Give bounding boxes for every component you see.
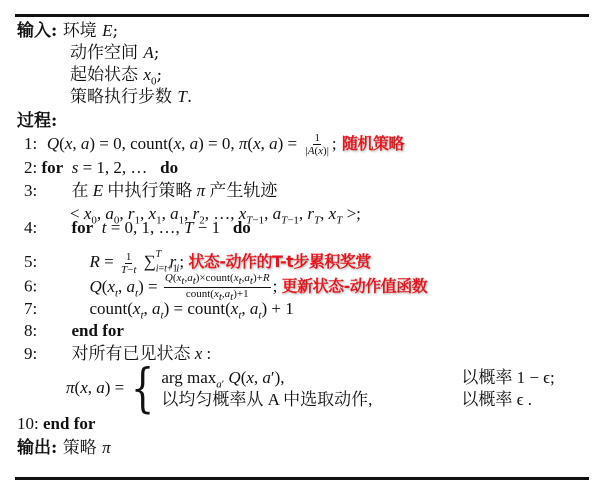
step-3: 3: 在 E 中执行策略 π 产生轨迹 [24, 180, 277, 202]
input-line-4: 策略执行步数 T. [70, 86, 192, 108]
step-8: 8: end for [24, 320, 124, 342]
annotation-cumulative-reward: 状态-动作的T-t步累积奖赏 [188, 252, 371, 271]
step-1: 1: Q(x, a) = 0, count(x, a) = 0, π(x, a)… [24, 132, 404, 157]
input-label: 输入: [17, 21, 57, 41]
bottom-rule [15, 477, 589, 480]
input-line-1: 输入: 环境 E; [17, 20, 118, 42]
output-label: 输出: [17, 438, 57, 458]
top-rule [15, 14, 589, 17]
policy-update-cases: π(x, a) ={ arg maxa′ Q(x, a′),以概率 1 − ϵ;… [66, 362, 555, 415]
input-line-2: 动作空间 A; [70, 42, 160, 64]
annotation-update-q: 更新状态-动作值函数 [282, 277, 428, 296]
annotation-random-policy: 随机策略 [342, 134, 404, 153]
step-10: 10: end for [17, 413, 95, 435]
step-4: 4: for t = 0, 1, …, T − 1 do [24, 217, 251, 239]
step-2: 2: for s = 1, 2, … do [24, 157, 178, 179]
process-label: 过程: [17, 110, 57, 132]
left-brace: { [131, 363, 154, 415]
output-line: 输出: 策略 π [17, 437, 111, 459]
